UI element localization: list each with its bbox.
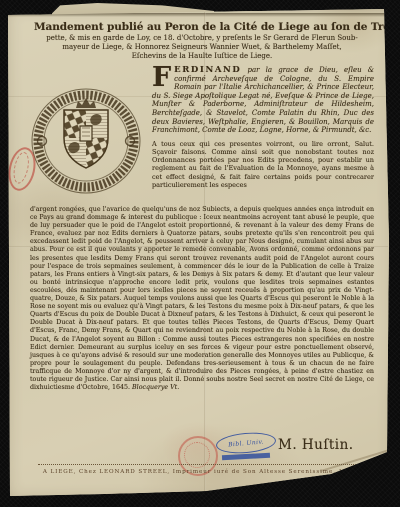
intitulation-text: par la grace de Dieu, eſleu & confirmé A… bbox=[152, 66, 374, 134]
arms-wreath-graphic bbox=[30, 86, 142, 196]
salutation-paragraph: A tous ceux qui ces presentes voirront, … bbox=[152, 140, 374, 189]
title-line-1: Mandement publié au Peron de la Cité de … bbox=[34, 20, 370, 34]
title-line-3: mayeur de Liege, & Honnorez Seigneurs Wa… bbox=[34, 43, 370, 52]
document-sheet: Mandement publié au Peron de la Cité de … bbox=[0, 0, 400, 507]
blue-library-stamp: Bibl. Univ. bbox=[215, 430, 277, 455]
signature-area: Bibl. Univ. M. Huſtin. bbox=[0, 428, 400, 474]
printer-imprint: A LIEGE, Chez LEONARD STREEL, Imprimeur … bbox=[32, 469, 370, 475]
red-oval-stamp-inner bbox=[11, 151, 31, 185]
title-line-4: Eſchevins de la Haulte Iuſtice de Liege. bbox=[34, 52, 370, 61]
document-title: Mandement publié au Peron de la Cité de … bbox=[34, 20, 370, 61]
title-line-2: pette, & mis en garde de Loy, ce 18. d'O… bbox=[34, 34, 370, 43]
intro-section: FERDINAND par la grace de Dieu, eſleu & … bbox=[30, 66, 374, 200]
blue-stamp-cancel-bar bbox=[222, 453, 270, 461]
imprint-divider bbox=[38, 464, 376, 465]
royal-intitulation: FERDINAND par la grace de Dieu, eſleu & … bbox=[152, 66, 374, 135]
photo-background: Mandement publié au Peron de la Cité de … bbox=[0, 0, 400, 507]
signature-m-hustin: M. Huſtin. bbox=[278, 437, 354, 453]
blue-stamp-text: Bibl. Univ. bbox=[228, 438, 264, 448]
prince-name: ERDINAND bbox=[174, 65, 241, 75]
chancery-note: Blocquerye Vt. bbox=[132, 384, 179, 391]
ordinance-text: d'argent rongées, que l'avarice de quelq… bbox=[30, 206, 374, 391]
coat-of-arms-woodcut bbox=[30, 66, 152, 200]
drop-cap-F: F bbox=[152, 66, 174, 90]
ordinance-body: d'argent rongées, que l'avarice de quelq… bbox=[30, 206, 374, 392]
